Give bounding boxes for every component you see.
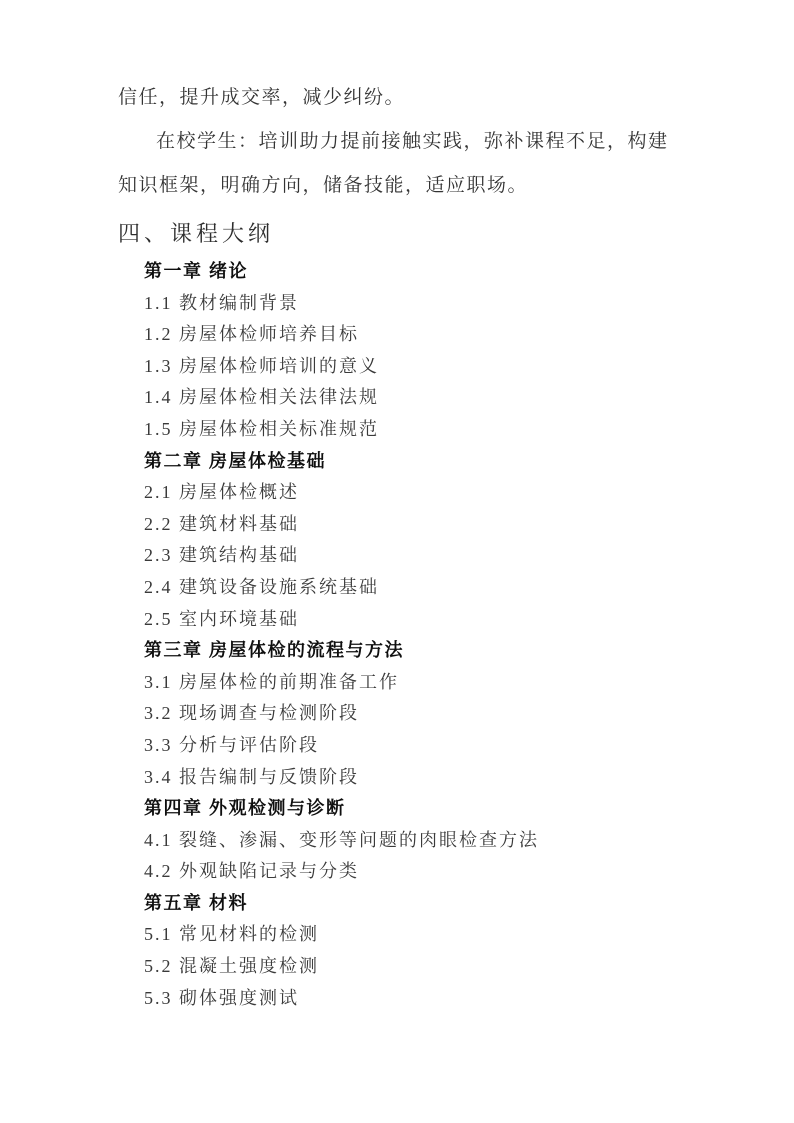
outline-chapter-heading: 第四章 外观检测与诊断 bbox=[144, 793, 678, 825]
outline-item: 1.5 房屋体检相关标准规范 bbox=[144, 414, 678, 446]
body-paragraph-students: 在校学生：培训助力提前接触实践，弥补课程不足，构建知识框架，明确方向，储备技能，… bbox=[118, 120, 678, 208]
document-page: 信任，提升成交率，减少纠纷。 在校学生：培训助力提前接触实践，弥补课程不足，构建… bbox=[0, 0, 794, 1123]
outline-item: 1.3 房屋体检师培训的意义 bbox=[144, 351, 678, 383]
outline-item: 3.4 报告编制与反馈阶段 bbox=[144, 762, 678, 794]
course-outline: 第一章 绪论1.1 教材编制背景1.2 房屋体检师培养目标1.3 房屋体检师培训… bbox=[118, 256, 678, 1014]
outline-item: 2.2 建筑材料基础 bbox=[144, 509, 678, 541]
outline-item: 4.1 裂缝、渗漏、变形等问题的肉眼检查方法 bbox=[144, 825, 678, 857]
outline-item: 2.4 建筑设备设施系统基础 bbox=[144, 572, 678, 604]
outline-item: 1.1 教材编制背景 bbox=[144, 288, 678, 320]
outline-chapter-heading: 第五章 材料 bbox=[144, 888, 678, 920]
outline-item: 1.2 房屋体检师培养目标 bbox=[144, 319, 678, 351]
body-paragraph-trailing: 信任，提升成交率，减少纠纷。 bbox=[118, 76, 678, 120]
section-heading-course-outline: 四、课程大纲 bbox=[118, 218, 678, 250]
outline-item: 3.1 房屋体检的前期准备工作 bbox=[144, 667, 678, 699]
outline-chapter-heading: 第三章 房屋体检的流程与方法 bbox=[144, 635, 678, 667]
outline-chapter-heading: 第一章 绪论 bbox=[144, 256, 678, 288]
outline-item: 3.3 分析与评估阶段 bbox=[144, 730, 678, 762]
outline-item: 1.4 房屋体检相关法律法规 bbox=[144, 382, 678, 414]
outline-item: 2.1 房屋体检概述 bbox=[144, 477, 678, 509]
outline-item: 5.3 砌体强度测试 bbox=[144, 983, 678, 1015]
outline-item: 3.2 现场调查与检测阶段 bbox=[144, 698, 678, 730]
outline-item: 2.3 建筑结构基础 bbox=[144, 540, 678, 572]
outline-item: 5.2 混凝土强度检测 bbox=[144, 951, 678, 983]
outline-item: 2.5 室内环境基础 bbox=[144, 604, 678, 636]
outline-item: 5.1 常见材料的检测 bbox=[144, 919, 678, 951]
outline-chapter-heading: 第二章 房屋体检基础 bbox=[144, 446, 678, 478]
outline-item: 4.2 外观缺陷记录与分类 bbox=[144, 856, 678, 888]
